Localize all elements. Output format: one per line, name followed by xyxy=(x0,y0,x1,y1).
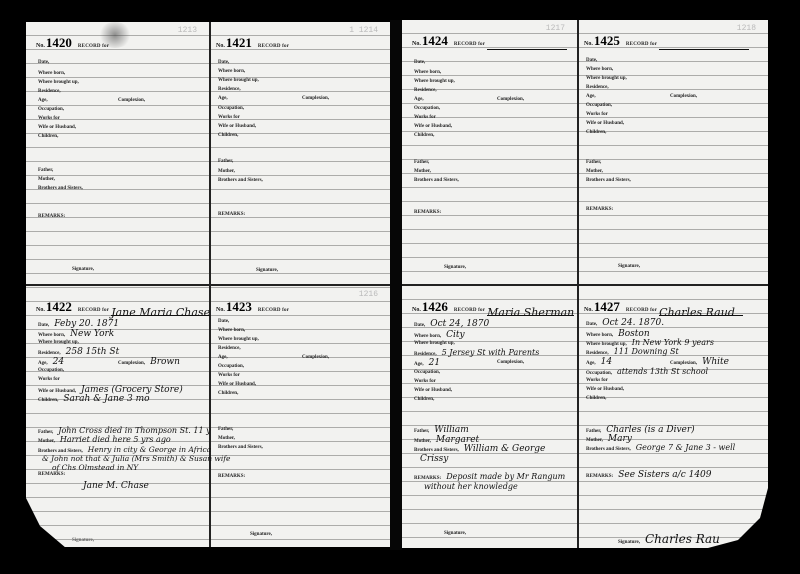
field-residence: Residence, xyxy=(38,89,61,94)
left-page: 1213 No.1420RECORD for Date, Where born,… xyxy=(26,22,390,547)
field-occupation: Occupation, xyxy=(38,368,64,373)
field-complexion: Complexion, xyxy=(670,94,697,99)
book-spine xyxy=(390,20,402,550)
field-brothers-sisters: Brothers and Sisters,George 7 & Jane 3 -… xyxy=(586,443,735,452)
record-header: No.1426RECORD forMaria Sherman xyxy=(412,298,571,314)
field-age: Age,14 xyxy=(586,357,612,367)
field-where-brought-up: Where brought up, xyxy=(218,337,259,342)
record-1426: No.1426RECORD forMaria Sherman Date,Oct … xyxy=(402,286,577,548)
field-age: Age,24 xyxy=(38,357,64,367)
field-brothers-sisters: Brothers and Sisters, xyxy=(586,178,631,183)
record-name: Jane Maria Chase xyxy=(111,306,210,319)
field-complexion: Complexion,White xyxy=(670,357,729,367)
field-brothers-sisters: Brothers and Sisters, xyxy=(218,178,263,183)
field-where-born: Where born, xyxy=(586,67,613,72)
field-works-for: Works for xyxy=(38,377,60,382)
field-children: Children, xyxy=(38,134,58,139)
field-where-born: Where born, xyxy=(414,70,441,75)
field-children: Children, xyxy=(218,391,238,396)
field-children: Children,Sarah & Jane 3 mo xyxy=(38,394,150,404)
field-residence: Residence,5 Jersey St with Parents xyxy=(414,348,539,357)
field-age: Age, xyxy=(218,355,228,360)
right-page: 1217 No.1424RECORD for Date, Where born,… xyxy=(402,20,768,548)
field-where-born: Where born,City xyxy=(414,330,465,340)
field-occupation: Occupation, xyxy=(38,107,64,112)
field-mother: Mother, xyxy=(414,169,431,174)
field-date: Date, xyxy=(38,60,49,65)
field-age: Age, xyxy=(586,94,596,99)
field-signature: Signature, xyxy=(256,268,278,273)
record-header: No.1421RECORD for xyxy=(216,34,384,50)
record-number: 1422 xyxy=(46,299,72,314)
record-header: No.1422RECORD forJane Maria Chase xyxy=(36,298,203,314)
field-children: Children, xyxy=(586,130,606,135)
field-remarks: REMARKS:Deposit made by Mr Rangum xyxy=(414,472,565,481)
field-brothers-sisters: Brothers and Sisters,William & George xyxy=(414,444,545,454)
field-works-for: Works for xyxy=(414,379,436,384)
field-signature: Signature, xyxy=(618,264,640,269)
record-header: No.1425RECORD for xyxy=(584,32,762,48)
field-father: Father, xyxy=(414,160,429,165)
field-remarks: REMARKS: xyxy=(586,207,613,212)
field-signature: Signature, xyxy=(250,532,272,537)
torn-corner xyxy=(708,488,768,548)
field-signature: Signature, xyxy=(444,265,466,270)
record-1427: No.1427RECORD forCharles Raud Date,Oct 2… xyxy=(578,286,768,548)
record-number: 1423 xyxy=(226,299,252,314)
field-date: Date, xyxy=(586,58,597,63)
field-wife-or-husband: Wife or Husband, xyxy=(414,124,452,129)
field-occupation: Occupation, xyxy=(218,106,244,111)
record-header: No.1420RECORD for xyxy=(36,34,203,50)
field-where-brought-up: Where brought up, xyxy=(218,78,259,83)
record-header: No.1427RECORD forCharles Raud xyxy=(584,298,762,314)
field-wife-or-husband: Wife or Husband, xyxy=(414,388,452,393)
field-age: Age, xyxy=(38,98,48,103)
field-mother: Mother, xyxy=(586,169,603,174)
record-number: 1424 xyxy=(422,33,448,48)
field-works-for: Works for xyxy=(218,115,240,120)
record-1424: 1217 No.1424RECORD for Date, Where born,… xyxy=(402,20,577,284)
field-remarks: REMARKS: xyxy=(218,212,245,217)
field-residence: Residence, xyxy=(414,88,437,93)
field-where-brought-up: Where brought up, xyxy=(414,79,455,84)
field-works-for: Works for xyxy=(586,112,608,117)
field-remarks: REMARKS:See Sisters a/c 1409 xyxy=(586,470,712,480)
field-where-brought-up: Where brought up, xyxy=(38,340,79,345)
record-for-label: RECORD for xyxy=(78,44,109,49)
field-complexion: Complexion, xyxy=(497,360,524,365)
field-remarks: REMARKS: xyxy=(218,474,245,479)
field-father: Father, xyxy=(218,159,233,164)
field-age: Age, xyxy=(414,97,424,102)
record-number: 1427 xyxy=(594,299,620,314)
field-residence: Residence, xyxy=(218,346,241,351)
field-complexion: Complexion, xyxy=(302,96,329,101)
field-occupation: Occupation, xyxy=(586,103,612,108)
field-occupation: Occupation,attends 13th St school xyxy=(586,367,708,376)
field-father: Father, xyxy=(218,427,233,432)
record-number: 1421 xyxy=(226,35,252,50)
field-wife-or-husband: Wife or Husband, xyxy=(218,124,256,129)
field-date: Date, xyxy=(414,60,425,65)
field-works-for: Works for xyxy=(218,373,240,378)
field-residence: Residence, xyxy=(218,87,241,92)
field-father: Father, xyxy=(38,168,53,173)
field-father: Father,William xyxy=(414,425,469,435)
field-where-born: Where born, xyxy=(218,69,245,74)
field-works-for: Works for xyxy=(38,116,60,121)
field-signature: Signature,Charles Rau xyxy=(618,532,720,546)
field-mother: Mother, xyxy=(38,177,55,182)
field-where-brought-up: Where brought up, xyxy=(38,80,79,85)
field-where-brought-up: Where brought up,In New York 9 years xyxy=(586,338,714,347)
field-date: Date,Oct 24, 1870 xyxy=(414,319,489,329)
field-mother: Mother, xyxy=(218,169,235,174)
field-occupation: Occupation, xyxy=(218,364,244,369)
field-signature: Signature, xyxy=(444,531,466,536)
record-1425: 1218 No.1425RECORD for Date, Where born,… xyxy=(578,20,768,284)
field-remarks: REMARKS: xyxy=(414,210,441,215)
field-occupation: Occupation, xyxy=(414,370,440,375)
remarks-cont: without her knowledge xyxy=(424,482,518,491)
field-complexion: Complexion,Brown xyxy=(118,357,180,367)
field-brothers-sisters: Brothers and Sisters, xyxy=(414,178,459,183)
field-children: Children, xyxy=(414,397,434,402)
torn-corner xyxy=(26,498,86,547)
field-complexion: Complexion, xyxy=(497,97,524,102)
brothers-sisters-cont: & John not that & Julia (Mrs Smith) & Su… xyxy=(42,454,230,463)
field-residence: Residence,111 Downing St xyxy=(586,347,679,356)
field-residence: Residence,258 15th St xyxy=(38,347,119,357)
field-age: Age, xyxy=(218,96,228,101)
field-children: Children, xyxy=(414,133,434,138)
remarks-signature-hw: Jane M. Chase xyxy=(78,481,149,491)
field-where-brought-up: Where brought up, xyxy=(586,76,627,81)
field-complexion: Complexion, xyxy=(118,98,145,103)
field-works-for: Works for xyxy=(414,115,436,120)
field-date: Date,Feby 20. 1871 xyxy=(38,319,119,329)
field-mother: Mother,Harriet died here 5 yrs ago xyxy=(38,435,171,444)
field-complexion: Complexion, xyxy=(302,355,329,360)
brothers-sisters-cont: of Chs Olmstead in NY xyxy=(52,463,138,472)
record-1423: 1216 No.1423RECORD for Date, Where born,… xyxy=(210,286,390,547)
field-children: Children, xyxy=(218,133,238,138)
record-name: Charles Raud xyxy=(659,306,735,319)
no-label: No. xyxy=(36,43,45,49)
record-1422: No.1422RECORD forJane Maria Chase Date,F… xyxy=(26,286,209,547)
field-signature: Signature, xyxy=(72,267,94,272)
field-remarks: REMARKS: xyxy=(38,472,65,477)
field-brothers-sisters: Brothers and Sisters, xyxy=(218,445,263,450)
field-father: Father, xyxy=(586,160,601,165)
field-where-born: Where born, xyxy=(38,71,65,76)
field-wife-or-husband: Wife or Husband, xyxy=(586,121,624,126)
field-father: Father,John Cross died in Thompson St. 1… xyxy=(38,426,211,435)
field-date: Date,Oct 24. 1870. xyxy=(586,318,664,328)
field-residence: Residence, xyxy=(586,85,609,90)
field-brothers-sisters: Brothers and Sisters, xyxy=(38,186,83,191)
field-mother: Mother, xyxy=(218,436,235,441)
field-date: Date, xyxy=(218,60,229,65)
field-remarks: REMARKS: xyxy=(38,214,65,219)
record-1420: 1213 No.1420RECORD for Date, Where born,… xyxy=(26,22,209,284)
record-header: No.1424RECORD for xyxy=(412,32,571,48)
record-number: 1420 xyxy=(46,35,72,50)
field-where-brought-up: Where brought up, xyxy=(414,341,455,346)
field-brothers-sisters: Brothers and Sisters,Henry in city & Geo… xyxy=(38,445,211,454)
field-age: Age,21 xyxy=(414,358,440,368)
record-name: Maria Sherman xyxy=(487,306,574,319)
record-number: 1426 xyxy=(422,299,448,314)
field-children: Children, xyxy=(586,396,606,401)
field-date: Date, xyxy=(218,319,229,324)
field-wife-or-husband: Wife or Husband, xyxy=(218,382,256,387)
brothers-sisters-cont: Crissy xyxy=(420,454,448,464)
field-where-born: Where born, xyxy=(218,328,245,333)
field-where-born: Where born,New York xyxy=(38,329,114,339)
field-wife-or-husband: Wife or Husband, xyxy=(38,125,76,130)
record-number: 1425 xyxy=(594,33,620,48)
field-occupation: Occupation, xyxy=(414,106,440,111)
record-1421: 1 1214 No.1421RECORD for Date, Where bor… xyxy=(210,22,390,284)
field-wife-or-husband: Wife or Husband, xyxy=(586,387,624,392)
record-header: No.1423RECORD for xyxy=(216,298,384,314)
field-works-for: Works for xyxy=(586,378,608,383)
